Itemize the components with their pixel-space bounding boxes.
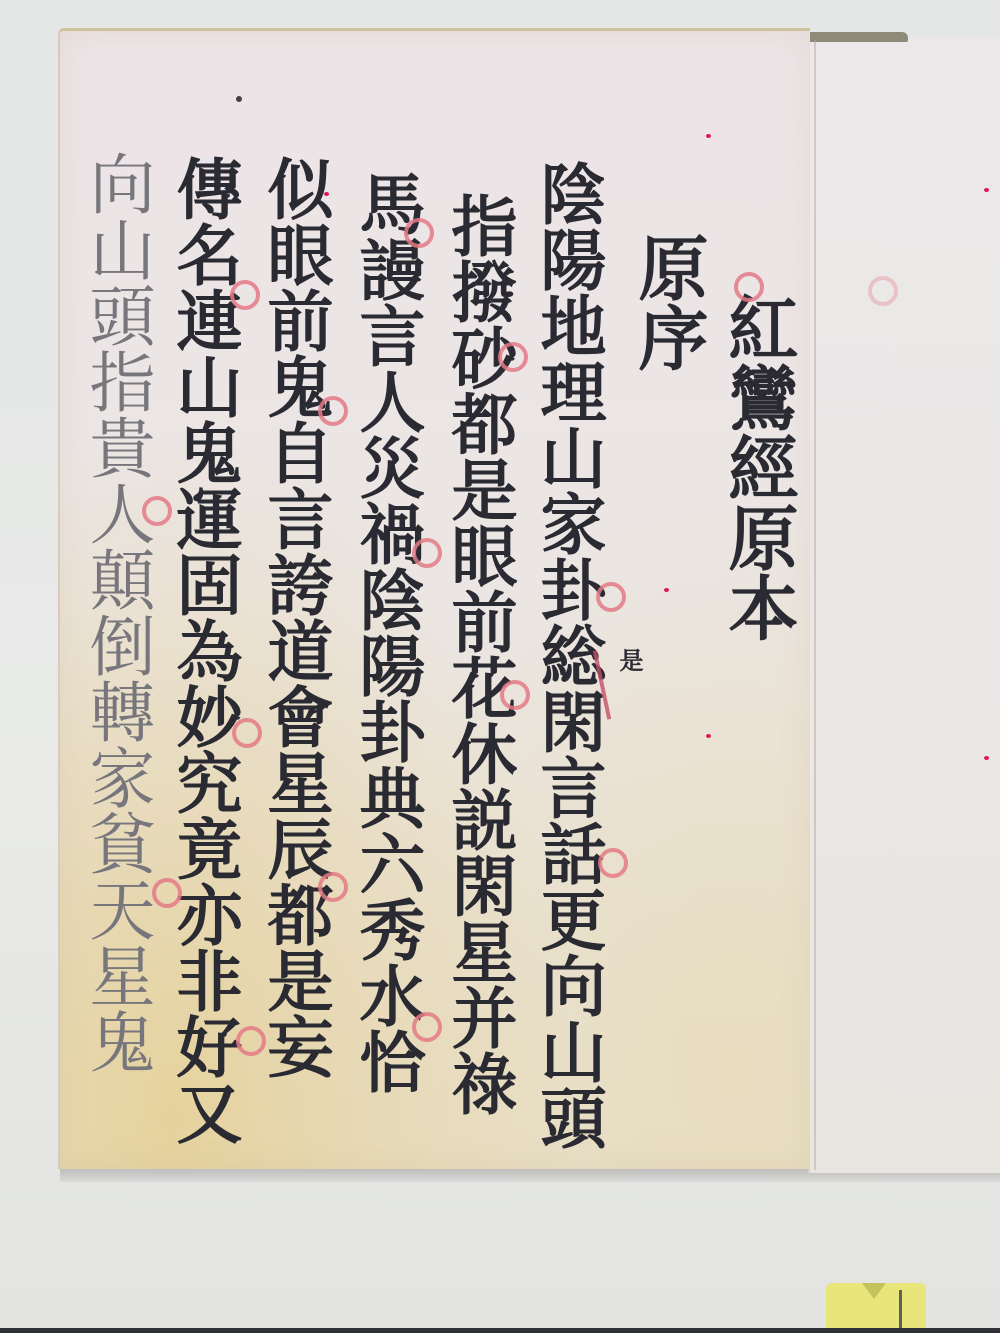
ink-dot	[706, 134, 711, 138]
fold-line	[814, 40, 816, 1170]
bleed-through-text	[830, 380, 900, 1080]
punctuation-circle	[734, 272, 764, 302]
ink-dot	[664, 588, 669, 592]
text-column-3: 馬謾言人災禍陰陽卦典六秀水恰	[354, 170, 420, 1094]
binder-clip	[826, 1283, 926, 1333]
punctuation-circle	[412, 538, 442, 568]
text-column-6: 向山頭指貴人顛倒轉家貧天星鬼	[84, 150, 148, 1074]
punctuation-circle	[318, 396, 348, 426]
ink-dot	[324, 192, 329, 196]
document-title: 紅鸞經原本	[718, 292, 798, 642]
faint-punctuation-circle	[868, 276, 898, 306]
marginal-annotation: 是	[612, 648, 647, 672]
punctuation-circle	[236, 1026, 266, 1056]
punctuation-circle	[232, 718, 262, 748]
bottom-edge	[0, 1328, 1000, 1333]
punctuation-circle	[596, 582, 626, 612]
punctuation-circle	[500, 680, 530, 710]
ink-dot	[706, 734, 711, 738]
punctuation-circle	[412, 1012, 442, 1042]
punctuation-circle	[318, 872, 348, 902]
punctuation-circle	[152, 878, 182, 908]
text-column-5: 傳名連山鬼運固為妙究竟亦非好又	[174, 155, 233, 1145]
punctuation-circle	[404, 218, 434, 248]
text-column-4: 似眼前鬼自言誇道會星辰都是妄	[262, 155, 328, 1079]
binding-edge	[808, 32, 908, 42]
ink-dot	[984, 188, 989, 192]
ink-speck	[236, 96, 242, 102]
clip-wire	[899, 1290, 902, 1333]
punctuation-circle	[230, 280, 260, 310]
text-column-1: 陰陽地理山家卦総閑言話更向山頭	[534, 160, 602, 1150]
punctuation-circle	[142, 496, 172, 526]
ink-dot	[984, 756, 989, 760]
text-column-2: 指撥砂都是眼前花休説閑星并祿	[446, 192, 511, 1116]
punctuation-circle	[498, 342, 528, 372]
punctuation-circle	[598, 848, 628, 878]
section-heading: 原序	[628, 232, 708, 372]
